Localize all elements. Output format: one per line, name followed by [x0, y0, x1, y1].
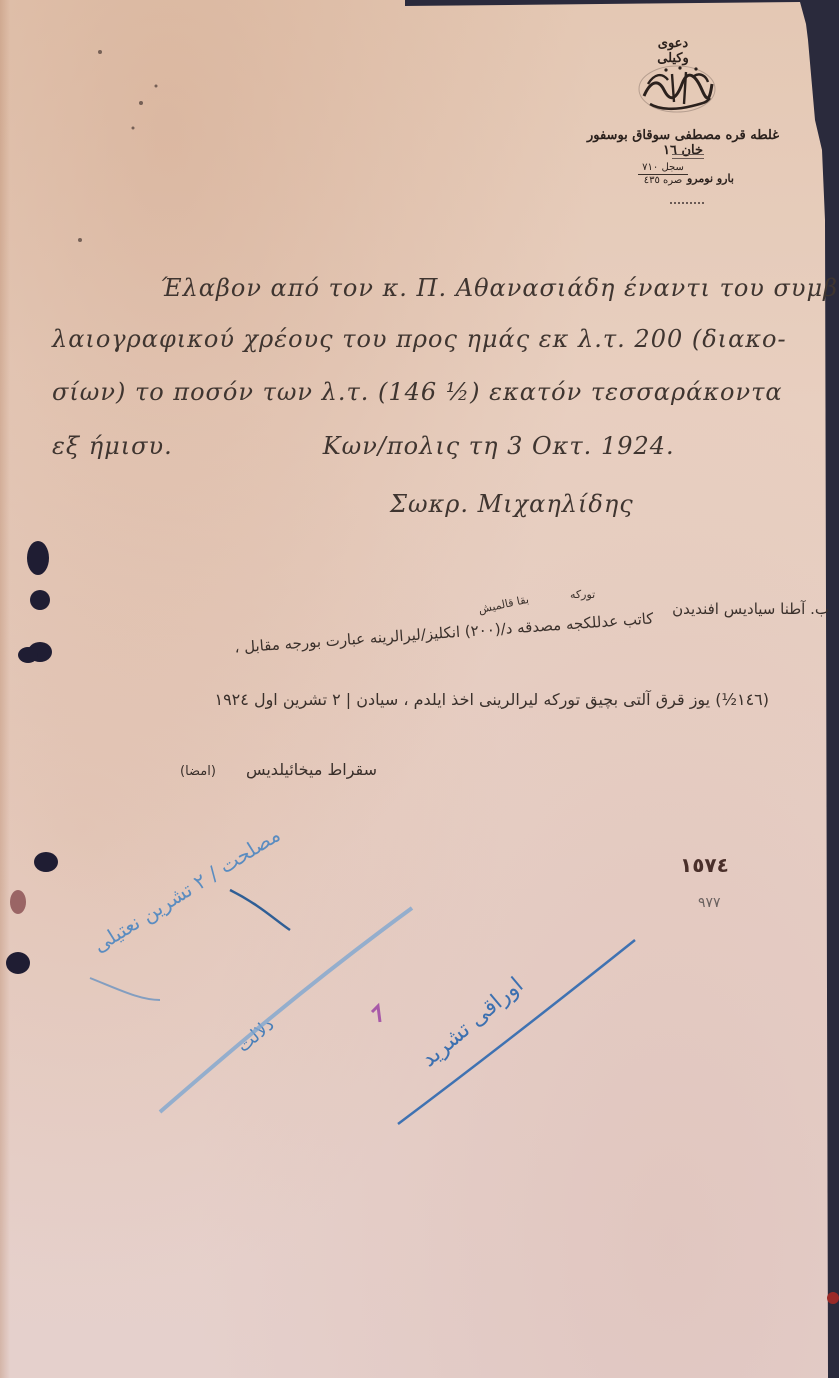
- ottoman-signature-name: سقراط میخائیلدیس: [246, 760, 377, 779]
- sira-number: صره ٤٣٥: [638, 175, 688, 186]
- bar-registration: سجل ٧١٠ صره ٤٣٥: [638, 162, 688, 186]
- greek-line-4: εξ ήμισυ.Κων/πολις τη 3 Οκτ. 1924.: [52, 432, 675, 460]
- document-paper: [0, 0, 839, 1378]
- letterhead-divider: [672, 154, 704, 159]
- ottoman-line-1: ب. آطنا سیادیس افندیدن: [672, 600, 829, 618]
- calligraphy-logo-icon: [636, 62, 718, 116]
- ottoman-superscript-turkish: تورکه: [570, 588, 595, 601]
- ottoman-signature: سقراط میخائیلدیس(امضا): [180, 760, 377, 779]
- greek-line-1: Έλαβον από τον κ. Π. Αθανασιάδη έναντι τ…: [160, 274, 839, 302]
- archive-number-1: ١٥٧٤: [680, 853, 729, 877]
- sicil-number: سجل ٧١٠: [638, 162, 688, 175]
- greek-signature: Σωκρ. Μιχαηλίδης: [390, 490, 634, 518]
- archive-number-2: ٩٧٧: [698, 895, 721, 911]
- bar-number-label: بارو نومرو: [687, 172, 734, 185]
- signature-note: (امضا): [180, 764, 216, 779]
- ottoman-line-3: (١٤٦½) یوز قرق آلتی بچیق تورکه لیرالرینی…: [214, 690, 769, 709]
- letterhead-wavy-rule: [670, 198, 704, 204]
- greek-date: Κων/πολις τη 3 Οκτ. 1924.: [323, 432, 675, 460]
- letterhead-logo: دمیتری کوتا یعقوبدیس: [636, 62, 718, 116]
- greek-line-3: σίων) το ποσόν των λ.τ. (146 ½) εκατόν τ…: [52, 378, 783, 406]
- greek-line-2: λαιογραφικού χρέους του προς ημάς εκ λ.τ…: [52, 325, 787, 353]
- greek-line-4-text: εξ ήμισυ.: [52, 432, 173, 460]
